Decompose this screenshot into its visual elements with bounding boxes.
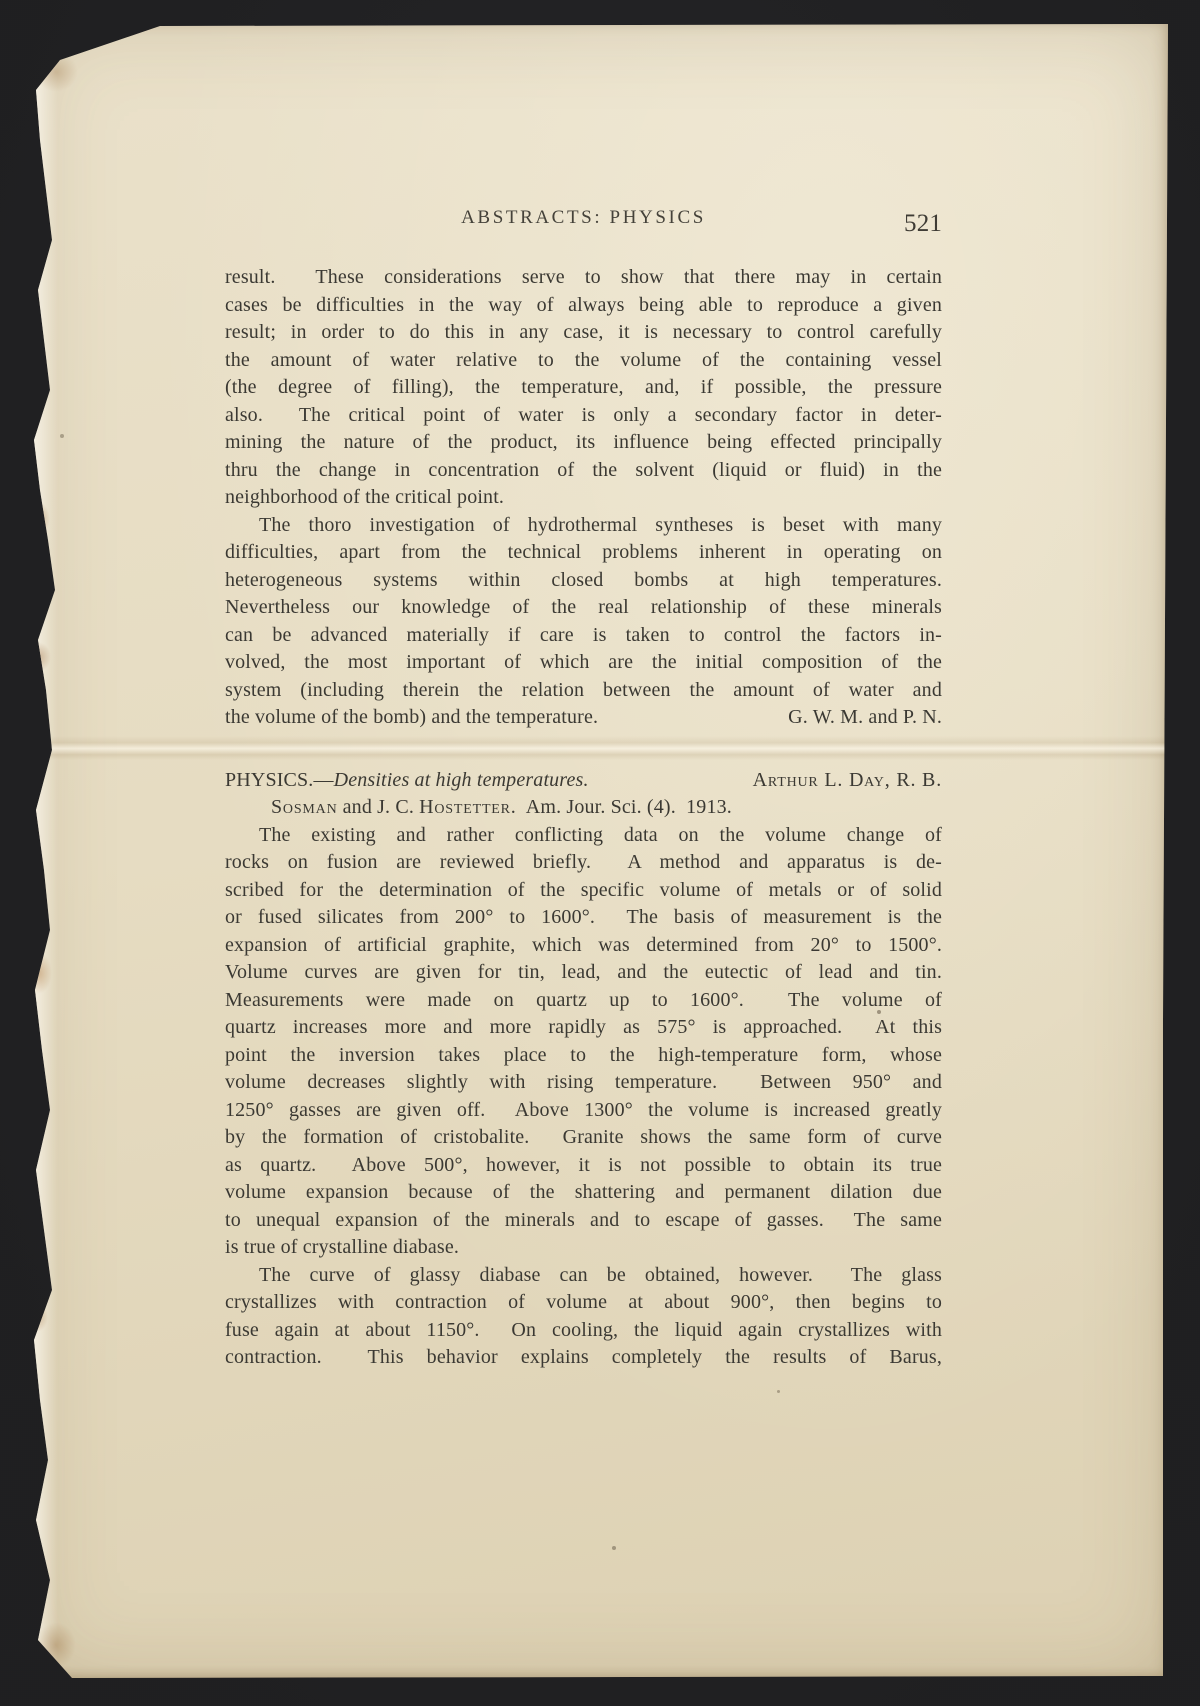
section-label: PHYSICS.—: [225, 769, 334, 791]
text-line: the amount of water relative to the volu…: [225, 347, 942, 375]
text-line: by the formation of cristobalite. Granit…: [225, 1124, 942, 1152]
torn-edge-highlight: [30, 22, 58, 1680]
text-line: heterogeneous systems within closed bomb…: [225, 567, 942, 595]
paragraph-densities: The existing and rather conflicting data…: [225, 822, 942, 1262]
abstract-signature: G. W. M. and P. N.: [788, 704, 942, 732]
text-line: contraction. This behavior explains comp…: [225, 1344, 942, 1372]
text-line: point the inversion takes place to the h…: [225, 1042, 942, 1070]
abstract-heading: PHYSICS.—Densities at high temperatures.…: [225, 767, 942, 822]
text-line: result. These considerations serve to sh…: [225, 264, 942, 292]
text-line: result; in order to do this in any case,…: [225, 319, 942, 347]
text-line: mining the nature of the product, its in…: [225, 429, 942, 457]
paper-stain: [28, 502, 50, 536]
heading-line-1: PHYSICS.—Densities at high temperatures.…: [225, 767, 942, 795]
journal-citation: Am. Jour. Sci. (4). 1913.: [517, 796, 732, 818]
paragraph-hydrothermal: The thoro investigation of hydrothermal …: [225, 512, 942, 732]
heading-line-2: Sosman and J. C. Hostetter. Am. Jour. Sc…: [225, 794, 942, 822]
paper-stain: [28, 1302, 48, 1332]
abstract-title: Densities at high temperatures.: [334, 769, 589, 791]
text-line: volved, the most important of which are …: [225, 649, 942, 677]
backdrop: ABSTRACTS: PHYSICS 521 result. These con…: [0, 0, 1200, 1706]
text-line: The existing and rather conflicting data…: [225, 822, 942, 850]
author-name: Hostetter.: [419, 796, 516, 818]
text-line: Nevertheless our knowledge of the real r…: [225, 594, 942, 622]
authors-connector: and J. C.: [338, 796, 420, 818]
paper-stain: [26, 952, 52, 994]
paper-speck: [60, 434, 64, 438]
text-line: volume decreases slightly with rising te…: [225, 1069, 942, 1097]
text-line: expansion of artificial graphite, which …: [225, 932, 942, 960]
paper-stain: [34, 52, 78, 92]
text-line: neighborhood of the critical point.: [225, 484, 942, 512]
scanned-page: ABSTRACTS: PHYSICS 521 result. These con…: [30, 22, 1170, 1680]
last-line-text: the volume of the bomb) and the temperat…: [225, 704, 598, 732]
paragraph-lines: The curve of glassy diabase can be obtai…: [225, 1262, 942, 1372]
paragraph-lines: The thoro investigation of hydrothermal …: [225, 512, 942, 705]
paragraph-lines: result. These considerations serve to sh…: [225, 264, 942, 484]
text-line: the volume of the bomb) and the temperat…: [225, 704, 942, 732]
text-line: Volume curves are given for tin, lead, a…: [225, 959, 942, 987]
heading-title-group: PHYSICS.—Densities at high temperatures.: [225, 767, 589, 795]
running-title: ABSTRACTS: PHYSICS: [461, 207, 706, 228]
text-line: to unequal expansion of the minerals and…: [225, 1207, 942, 1235]
text-line: volume expansion because of the shatteri…: [225, 1179, 942, 1207]
paper-speck: [612, 1546, 616, 1550]
author-name: Sosman: [271, 796, 338, 818]
text-line: fuse again at about 1150°. On cooling, t…: [225, 1317, 942, 1345]
text-line: quartz increases more and more rapidly a…: [225, 1014, 942, 1042]
text-line: as quartz. Above 500°, however, it is no…: [225, 1152, 942, 1180]
text-line: system (including therein the relation b…: [225, 677, 942, 705]
text-line: Measurements were made on quartz up to 1…: [225, 987, 942, 1015]
paragraph-lines: The existing and rather conflicting data…: [225, 822, 942, 1235]
text-line: is true of crystalline diabase.: [225, 1234, 942, 1262]
text-line: (the degree of filling), the temperature…: [225, 374, 942, 402]
paper-stain: [27, 642, 51, 672]
paragraph-continuation: result. These considerations serve to sh…: [225, 264, 942, 512]
text-line: can be advanced materially if care is ta…: [225, 622, 942, 650]
text-line: The curve of glassy diabase can be obtai…: [225, 1262, 942, 1290]
text-line: crystallizes with contraction of volume …: [225, 1289, 942, 1317]
text-line: difficulties, apart from the technical p…: [225, 539, 942, 567]
text-line: thru the change in concentration of the …: [225, 457, 942, 485]
text-line: rocks on fusion are reviewed briefly. A …: [225, 849, 942, 877]
paper-stain: [26, 212, 52, 252]
text-line: also. The critical point of water is onl…: [225, 402, 942, 430]
running-head: ABSTRACTS: PHYSICS 521: [225, 204, 942, 234]
text-line: scribed for the determination of the spe…: [225, 877, 942, 905]
authors-line-1: Arthur L. Day, R. B.: [753, 767, 942, 795]
paper-speck: [777, 1390, 780, 1393]
page-content: ABSTRACTS: PHYSICS 521 result. These con…: [225, 204, 942, 1372]
text-line: The thoro investigation of hydrothermal …: [225, 512, 942, 540]
text-line: 1250° gasses are given off. Above 1300° …: [225, 1097, 942, 1125]
text-line: cases be difficulties in the way of alwa…: [225, 292, 942, 320]
page-number: 521: [904, 210, 942, 238]
paper-stain: [36, 1622, 76, 1668]
paragraph-glassy-diabase: The curve of glassy diabase can be obtai…: [225, 1262, 942, 1372]
text-line: or fused silicates from 200° to 1600°. T…: [225, 904, 942, 932]
